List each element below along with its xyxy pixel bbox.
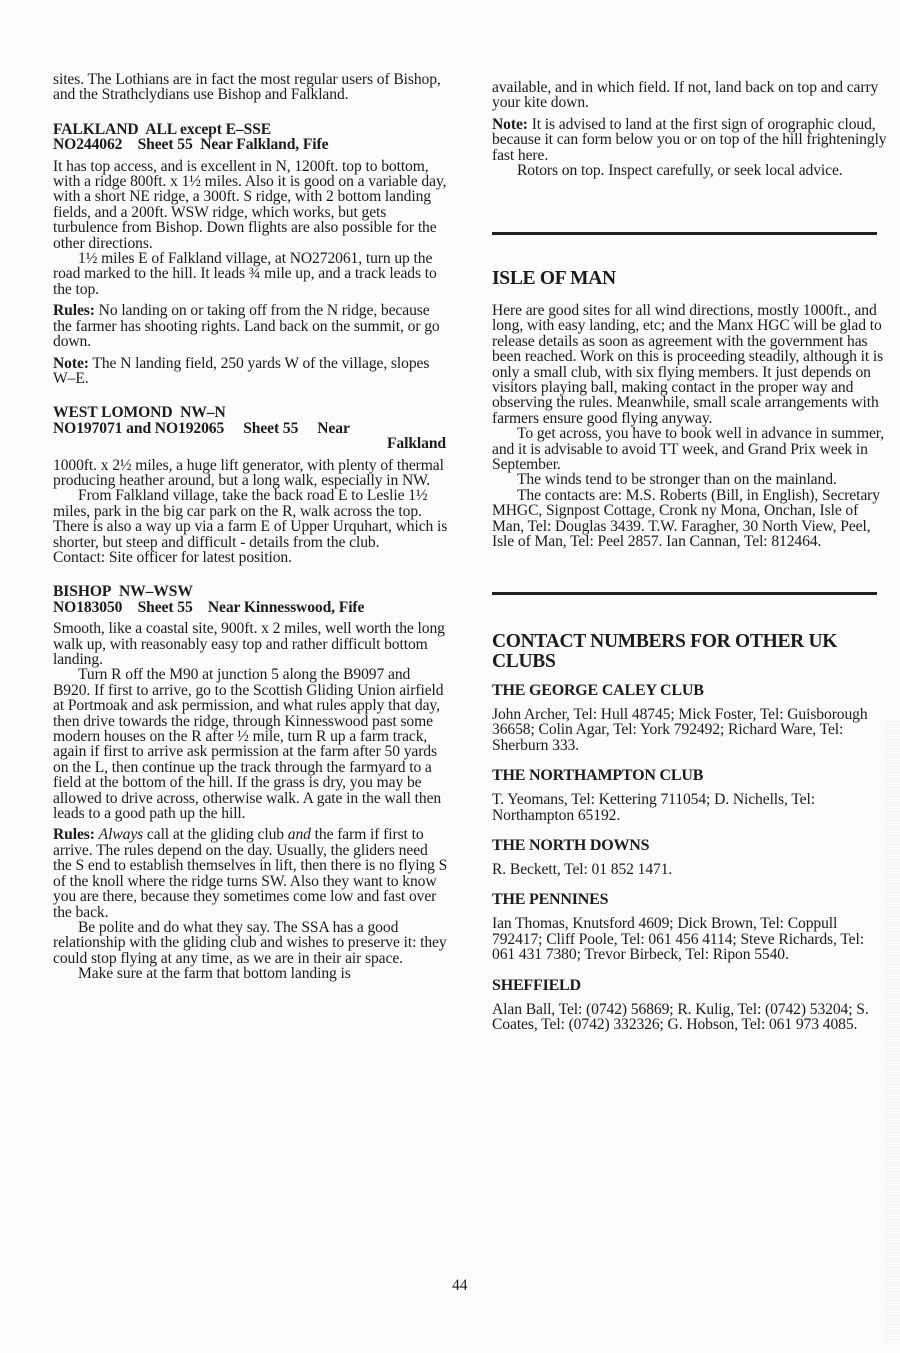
site-contact: Contact: Site officer for latest positio… [53,550,448,565]
scan-edge-artifact [886,720,900,1340]
club-details: Ian Thomas, Knutsford 4609; Dick Brown, … [492,916,887,962]
site-west-lomond: WEST LOMOND NW–N NO197071 and NO192065 S… [53,405,448,565]
site-description: Smooth, like a coastal site, 900ft. x 2 … [53,621,448,667]
club-name: SHEFFIELD [492,977,887,994]
club-name: THE NORTH DOWNS [492,837,887,854]
site-heading: BISHOP NW–WSW [53,584,448,599]
note-paragraph: Note: It is advised to land at the first… [492,117,887,163]
rotors-paragraph: Rotors on top. Inspect carefully, or see… [492,163,887,178]
club-details: John Archer, Tel: Hull 48745; Mick Foste… [492,707,887,753]
site-grid-ref: NO183050 [53,599,122,616]
section-heading: ISLE OF MAN [492,269,887,289]
site-location-line1: Near [317,420,350,437]
site-location: Near Kinnesswood, Fife [208,599,364,616]
site-grid-ref: NO197071 and NO192065 [53,420,224,437]
site-directions: 1½ miles E of Falkland village, at NO272… [53,251,448,297]
site-make-sure-paragraph: Make sure at the farm that bottom landin… [53,966,448,981]
club-entry: THE NORTH DOWNS R. Beckett, Tel: 01 852 … [492,837,887,877]
site-description: 1000ft. x 2½ miles, a huge lift generato… [53,458,448,489]
club-name: THE NORTHAMPTON CLUB [492,767,887,784]
club-name: THE PENNINES [492,891,887,908]
note-text: The N landing field, 250 yards W of the … [53,355,429,387]
intro-paragraph: sites. The Lothians are in fact the most… [53,72,448,103]
site-rules: Rules: Always call at the gliding club a… [53,827,448,919]
site-reference: NO197071 and NO192065 Sheet 55 Near [53,421,448,436]
site-note: Note: The N landing field, 250 yards W o… [53,356,448,387]
club-entry: THE NORTHAMPTON CLUB T. Yeomans, Tel: Ke… [492,767,887,823]
right-column: available, and in which field. If not, l… [492,80,887,1032]
club-details: Alan Ball, Tel: (0742) 56869; R. Kulig, … [492,1002,887,1033]
section-divider [492,592,877,595]
club-details: R. Beckett, Tel: 01 852 1471. [492,862,887,877]
site-grid-ref: NO244062 [53,136,122,153]
section-divider [492,232,877,235]
site-sheet: Sheet 55 [138,599,193,616]
club-details: T. Yeomans, Tel: Kettering 711054; D. Ni… [492,792,887,823]
rules-text: No landing on or taking off from the N r… [53,302,440,350]
site-falkland: FALKLAND ALL except E–SSE NO244062 Sheet… [53,122,448,387]
club-entry: THE GEORGE CALEY CLUB John Archer, Tel: … [492,682,887,753]
left-column: sites. The Lothians are in fact the most… [53,72,448,982]
site-directions: From Falkland village, take the back roa… [53,488,448,550]
club-entry: SHEFFIELD Alan Ball, Tel: (0742) 56869; … [492,977,887,1033]
site-heading: WEST LOMOND NW–N [53,405,448,420]
page-number: 44 [452,1277,468,1295]
site-description: It has top access, and is excellent in N… [53,159,448,251]
club-entry: THE PENNINES Ian Thomas, Knutsford 4609;… [492,891,887,962]
site-bishop: BISHOP NW–WSW NO183050 Sheet 55 Near Kin… [53,584,448,981]
site-location-line2: Falkland [53,436,448,451]
site-rules: Rules: No landing on or taking off from … [53,303,448,349]
site-reference: NO244062 Sheet 55 Near Falkland, Fife [53,137,448,152]
iom-paragraph-2: To get across, you have to book well in … [492,426,887,472]
site-directions: Turn R off the M90 at junction 5 along t… [53,667,448,821]
site-polite-paragraph: Be polite and do what they say. The SSA … [53,920,448,966]
site-sheet: Sheet 55 [138,136,193,153]
site-heading: FALKLAND ALL except E–SSE [53,122,448,137]
note-text: It is advised to land at the first sign … [492,116,887,164]
iom-paragraph-1: Here are good sites for all wind directi… [492,303,887,426]
iom-paragraph-4: The contacts are: M.S. Roberts (Bill, in… [492,488,887,550]
club-name: THE GEORGE CALEY CLUB [492,682,887,699]
contacts-section: CONTACT NUMBERS FOR OTHER UK CLUBS THE G… [492,632,887,1032]
site-location: Near Falkland, Fife [200,136,328,153]
isle-of-man-section: ISLE OF MAN Here are good sites for all … [492,269,887,550]
site-reference: NO183050 Sheet 55 Near Kinnesswood, Fife [53,600,448,615]
continuation-paragraph: available, and in which field. If not, l… [492,80,887,111]
iom-paragraph-3: The winds tend to be stronger than on th… [492,472,887,487]
site-sheet: Sheet 55 [243,420,298,437]
section-heading: CONTACT NUMBERS FOR OTHER UK CLUBS [492,632,887,672]
